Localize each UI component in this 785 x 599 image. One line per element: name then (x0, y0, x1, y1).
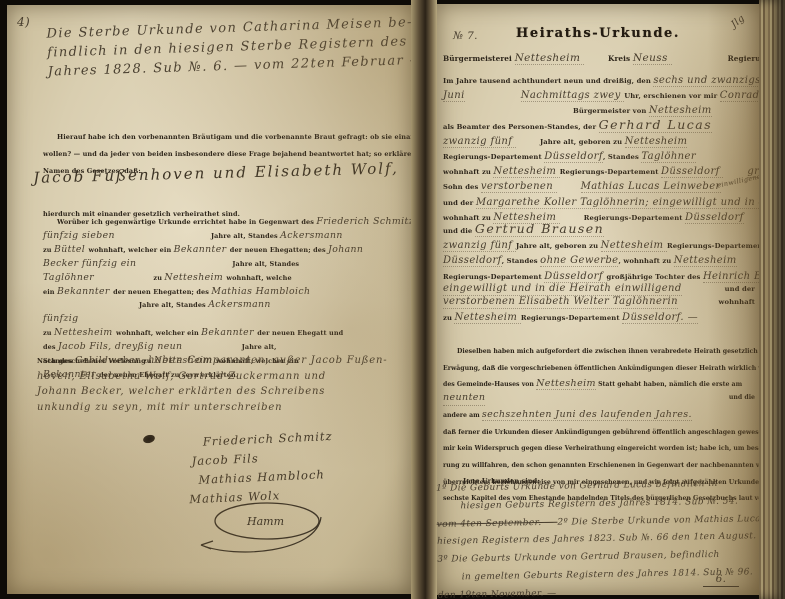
left-page: 4) Die Sterbe Urkunde von Catharina Meis… (7, 5, 411, 594)
printed-text: andere am (443, 412, 482, 419)
handwritten-entry: Düsseldorf (544, 151, 603, 163)
handwritten-entry: Jacob Fils, dreyßig neun (58, 341, 186, 352)
printed-text: Jahre alt, geboren zu (516, 242, 601, 250)
handwritten-entry: Juni (443, 90, 465, 102)
handwritten-entry: zwanzig fünf (443, 240, 516, 252)
right-page: Jlg № 7. Heiraths-Urkunde. Bürgermeister… (437, 4, 759, 595)
printed-text: Regierungs-Departement (443, 273, 544, 281)
printed-text: Jahre alt, geboren zu (540, 138, 625, 146)
printed-text: ein (43, 288, 57, 296)
margin-note: Die Sterbe Urkunde von Catharina Meisen … (46, 12, 404, 80)
printed-text: Regierungs-Departement (443, 153, 544, 161)
printed-text: Erwägung, daß die vorgeschriebenen öffen… (443, 365, 785, 372)
handwritten-entry: verstorbenen Elisabeth Welter Taglöhneri… (443, 296, 678, 309)
printed-text: Regierungs-Departement (521, 314, 622, 322)
register-book-photo: 4) Die Sterbe Urkunde von Catharina Meis… (0, 0, 785, 599)
printed-text: , Standes (603, 153, 641, 161)
handwritten-entry: Becker fünfzig ein (43, 258, 136, 269)
printed-text: wohnhaft, welche (226, 274, 291, 282)
printed-text: Uhr, erschienen vor mir (624, 92, 720, 100)
printed-text: wohnhaft (719, 296, 755, 309)
handwritten-entry: Mathias Lucas Leinweber (581, 181, 721, 193)
printed-text: zu (153, 274, 164, 282)
handwritten-entry: hoven, Elisabetha Wolf, Gertrud Zuckerma… (37, 371, 326, 382)
printed-text: zu (43, 246, 54, 254)
printed-text: der neuen Ehegatt und (257, 329, 343, 337)
printed-text: und die (443, 227, 475, 235)
signature: Jacob Fils (191, 451, 259, 468)
handwritten-entry: Nachmittags zwey (521, 90, 625, 102)
printed-text: , Standes (502, 257, 540, 265)
printed-text: wohnhaft zu (443, 168, 493, 176)
printed-text: des (43, 343, 58, 351)
handwritten-entry: Neuss (633, 52, 672, 65)
handwritten-entry: Nettesheim (454, 312, 520, 324)
printed-text: wohnhaft, welcher ein (116, 329, 201, 337)
handwritten-entry: Friederich Schmitz (316, 216, 414, 227)
book-gutter (411, 0, 437, 599)
printed-text: Jahre alt, Standes (211, 232, 280, 240)
handwritten-entry: Taglöhner (43, 272, 97, 283)
handwritten-entry: Nettesheim (674, 255, 737, 267)
handwritten-entry: Bekannter (174, 244, 230, 255)
handwritten-entry: Johann Becker, welcher erklärten des Sch… (37, 386, 325, 397)
printed-text: Hierauf habe ich den vorbenannten Bräuti… (57, 133, 462, 141)
printed-text: Bürgermeisterei (443, 54, 515, 63)
printed-text: Jahre alt, Standes (232, 260, 299, 268)
handwritten-entry: Nettesheim (515, 52, 584, 65)
handwritten-entry: verstorbenen (481, 181, 557, 193)
document-title: Heiraths-Urkunde. (516, 26, 680, 41)
handwritten-entry: Bekannter (57, 286, 113, 297)
handwritten-entry: Nettesheim (493, 166, 559, 178)
handwritten-entry: unkundig zu seyn, mit mir unterschreiben (37, 402, 282, 413)
handwritten-entry: Büttel (54, 244, 89, 255)
handwritten-entry: sechszehnten Juni des laufenden Jahres. (482, 409, 692, 421)
printed-text: Kreis (608, 54, 633, 63)
printed-text: wohnhaft, welcher ein (89, 246, 174, 254)
printed-text: , wohnhaft zu (618, 257, 673, 265)
printed-text: Dieselben haben mich aufgefordert die zw… (457, 348, 785, 355)
ink-blot (142, 434, 156, 445)
printed-text: Statt gehabt haben, nämlich die erste am (596, 381, 742, 388)
paraph-name: Hamm (246, 515, 284, 528)
signatures: Friederich Schmitz Jacob Fils Mathias Ha… (190, 426, 335, 508)
printed-text: Regierungs-Departement (560, 168, 661, 176)
handwritten-entry: den 19ten November. — (438, 588, 557, 599)
printed-text: Bürgermeister von (573, 107, 649, 115)
printed-text: Sohn des (443, 183, 481, 191)
printed-text: zu (43, 329, 54, 337)
printed-text: Worüber ich gegenwärtige Urkunde erricht… (57, 218, 316, 226)
printed-text: und die (729, 392, 755, 406)
handwritten-entry: neunten (443, 392, 485, 406)
handwritten-entry: Gerhard Lucas (599, 117, 713, 133)
marginal-note: einwilligend (716, 172, 762, 189)
handwritten-entry: ohne Gewerbe (540, 255, 618, 267)
handwritten-entry: Ackersmann (280, 230, 343, 241)
handwritten-entry: haben Comparenten, außer Jacob Fußen- (148, 355, 387, 366)
printed-text: als Beamter des Personen-Standes, der (443, 123, 599, 131)
printed-text: und der (725, 283, 755, 296)
handwritten-entry: Nettesheim (601, 240, 667, 252)
handwritten-entry: Düsseldorf (443, 255, 502, 267)
page-mark: 6. (716, 573, 727, 585)
printed-text: mir kein Widerspruch gegen diese Verheir… (443, 445, 785, 452)
book-page-edges (759, 0, 785, 599)
handwritten-entry: eingewilligt und in die Heirath einwilli… (443, 283, 682, 296)
handwritten-entry: Bekannter (201, 327, 257, 338)
handwritten-entry: Margarethe Koller Taglöhnerin; eingewill… (476, 197, 785, 209)
margin-note-number: 4) (17, 15, 30, 29)
handwritten-entry: Johann (328, 244, 363, 255)
printed-text: und der (443, 199, 476, 207)
handwritten-entry: fünfzig sieben (43, 230, 115, 241)
handwritten-entry: Nettesheim (625, 136, 688, 148)
printed-text: Jahre alt, (242, 343, 277, 351)
printed-text: Nach geschehener Vorlesung (37, 357, 148, 365)
handwritten-entry: fünfzig (43, 313, 78, 324)
printed-text: Im Jahre tausend achthundert neun und dr… (443, 77, 653, 85)
struck-handwritten-entry: vom 4ten September. — (437, 517, 558, 529)
handwritten-entry: Ackersmann (208, 299, 271, 310)
printed-text: Jahre alt, Standes (139, 301, 208, 309)
printed-text: Regierungs-Departement (667, 242, 766, 250)
printed-text: des Gemeinde-Hauses von (443, 381, 536, 388)
handwritten-entry: Nettesheim (54, 327, 116, 338)
printed-text: daß ferner die Urkunden dieser Ankündigu… (443, 429, 785, 436)
handwritten-entry: 2º Die Sterbe Urkunde von Mathias Lucas,… (557, 512, 785, 527)
administrative-line: Bürgermeisterei Nettesheim Kreis Neuss R… (443, 46, 755, 65)
handwritten-entry: Düsseldorf (544, 271, 606, 283)
handwritten-entry: zwanzig fünf (443, 136, 516, 148)
handwritten-entry: Nettesheim (536, 378, 596, 390)
handwritten-entry: Taglöhner (641, 151, 696, 163)
handwritten-entry: Nettesheim (649, 105, 712, 117)
handwritten-entry: Mathias Hambloich (211, 286, 310, 297)
bride-section: und die Gertrud Brausen zwanzig fünf Jah… (443, 222, 755, 324)
printed-text: wollen? — und da jeder von beiden insbes… (43, 150, 437, 158)
printed-text: zu (443, 314, 454, 322)
printed-text: der neuen Ehegatten; des (113, 288, 211, 296)
handwritten-entry: Nettesheim (164, 272, 226, 283)
closing-section: Nach geschehener Vorlesung haben Compare… (37, 352, 377, 414)
handwritten-entry: Düsseldorf. — (622, 312, 698, 324)
groom-section: Im Jahre tausend achthundert neun und dr… (443, 72, 755, 224)
mayor-paraph-flourish: Hamm (195, 497, 335, 563)
handwritten-entry: Gertrud Brausen (475, 221, 604, 237)
printed-text: großjährige Tochter des (607, 273, 703, 281)
printed-text: der neuen Ehegatten; des (230, 246, 328, 254)
